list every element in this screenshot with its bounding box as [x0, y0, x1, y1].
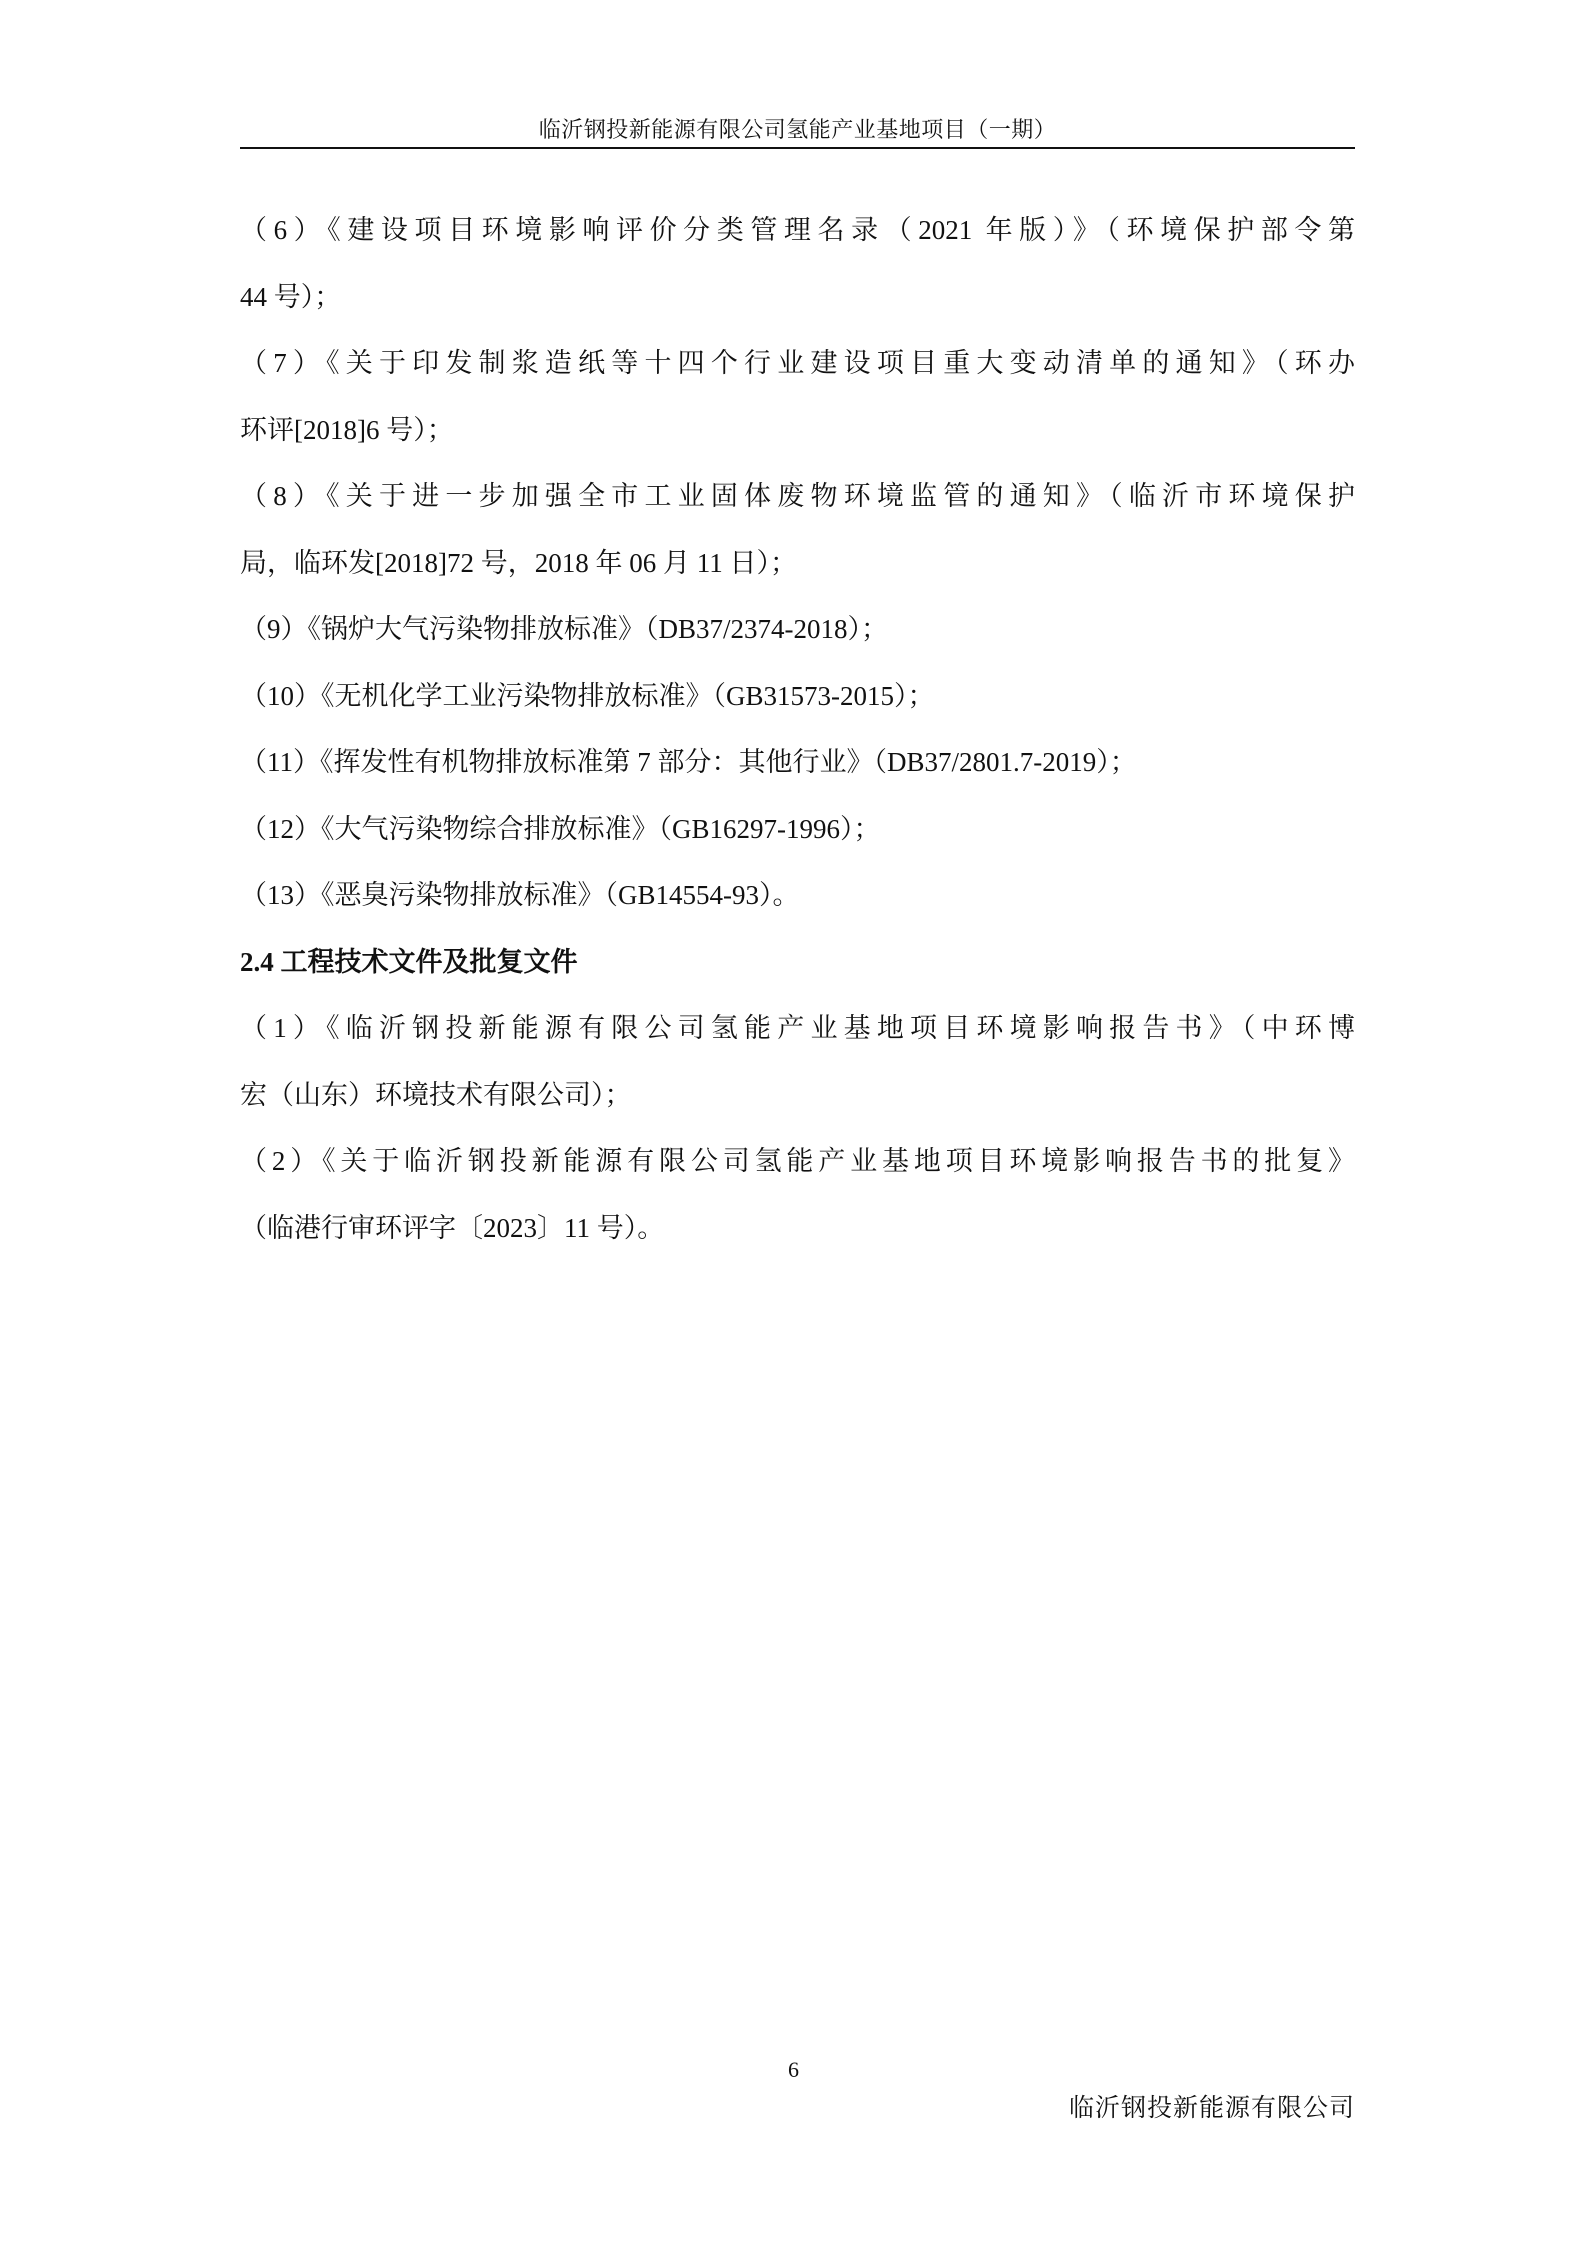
- footer-company-name: 临沂钢投新能源有限公司: [1069, 2088, 1355, 2124]
- running-header-title: 临沂钢投新能源有限公司氢能产业基地项目（一期）: [240, 113, 1355, 144]
- reference-line: 环评[2018]6 号）；: [240, 408, 1355, 475]
- reference-item-12: （12）《大气污染物综合排放标准》（GB16297-1996）；: [240, 807, 1355, 874]
- header-divider: [240, 147, 1355, 149]
- reference-item-7: （7）《关于印发制浆造纸等十四个行业建设项目重大变动清单的通知》（环办 环评[2…: [240, 341, 1355, 474]
- reference-item-11: （11）《挥发性有机物排放标准第 7 部分：其他行业》（DB37/2801.7-…: [240, 740, 1355, 807]
- reference-item-9: （9）《锅炉大气污染物排放标准》（DB37/2374-2018）；: [240, 607, 1355, 674]
- reference-line: （11）《挥发性有机物排放标准第 7 部分：其他行业》（DB37/2801.7-…: [240, 740, 1355, 807]
- reference-line: （9）《锅炉大气污染物排放标准》（DB37/2374-2018）；: [240, 607, 1355, 674]
- reference-line: （7）《关于印发制浆造纸等十四个行业建设项目重大变动清单的通知》（环办: [240, 341, 1355, 408]
- reference-line: （12）《大气污染物综合排放标准》（GB16297-1996）；: [240, 807, 1355, 874]
- technical-document-item-1: （1）《临沂钢投新能源有限公司氢能产业基地项目环境影响报告书》（中环博 宏（山东…: [240, 1006, 1355, 1139]
- reference-line: （13）《恶臭污染物排放标准》（GB14554-93）。: [240, 873, 1355, 940]
- reference-line: （8）《关于进一步加强全市工业固体废物环境监管的通知》（临沂市环境保护: [240, 474, 1355, 541]
- reference-item-13: （13）《恶臭污染物排放标准》（GB14554-93）。: [240, 873, 1355, 940]
- reference-line: （1）《临沂钢投新能源有限公司氢能产业基地项目环境影响报告书》（中环博: [240, 1006, 1355, 1073]
- reference-item-10: （10）《无机化学工业污染物排放标准》（GB31573-2015）；: [240, 674, 1355, 741]
- page-number: 6: [0, 2057, 1587, 2083]
- reference-line: （6）《建设项目环境影响评价分类管理名录（2021 年版）》（环境保护部令第: [240, 208, 1355, 275]
- reference-line: 宏（山东）环境技术有限公司）；: [240, 1073, 1355, 1140]
- technical-document-item-2: （2）《关于临沂钢投新能源有限公司氢能产业基地项目环境影响报告书的批复》 （临港…: [240, 1139, 1355, 1272]
- document-body: （6）《建设项目环境影响评价分类管理名录（2021 年版）》（环境保护部令第 4…: [240, 208, 1355, 1272]
- reference-line: （10）《无机化学工业污染物排放标准》（GB31573-2015）；: [240, 674, 1355, 741]
- reference-item-8: （8）《关于进一步加强全市工业固体废物环境监管的通知》（临沂市环境保护 局，临环…: [240, 474, 1355, 607]
- reference-line: 44 号）；: [240, 275, 1355, 342]
- reference-line: （2）《关于临沂钢投新能源有限公司氢能产业基地项目环境影响报告书的批复》: [240, 1139, 1355, 1206]
- reference-line: （临港行审环评字〔2023〕11 号）。: [240, 1206, 1355, 1273]
- reference-line: 局，临环发[2018]72 号，2018 年 06 月 11 日）；: [240, 541, 1355, 608]
- reference-item-6: （6）《建设项目环境影响评价分类管理名录（2021 年版）》（环境保护部令第 4…: [240, 208, 1355, 341]
- section-heading-2-4: 2.4 工程技术文件及批复文件: [240, 940, 1355, 1007]
